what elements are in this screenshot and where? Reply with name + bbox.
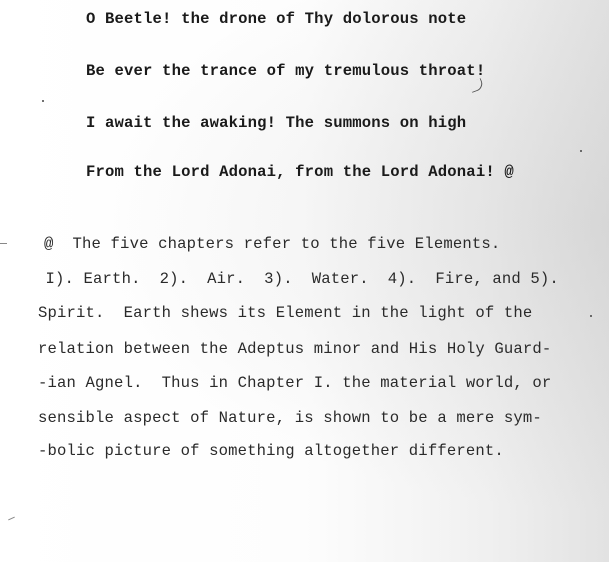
speck — [42, 100, 44, 102]
footnote-line-3: Spirit. Earth shews its Element in the l… — [38, 304, 532, 322]
footnote-line-5: -ian Agnel. Thus in Chapter I. the mater… — [38, 374, 551, 392]
footnote-line-6: sensible aspect of Nature, is shown to b… — [38, 409, 542, 427]
footnote-line-7: -bolic picture of something altogether d… — [38, 442, 504, 460]
footnote-line-4: relation between the Adeptus minor and H… — [38, 340, 551, 358]
verse-line-1: O Beetle! the drone of Thy dolorous note — [86, 10, 466, 28]
verse-line-3: I await the awaking! The summons on high — [86, 114, 466, 132]
verse-line-2: Be ever the trance of my tremulous throa… — [86, 62, 485, 80]
pencil-checkmark — [469, 78, 485, 93]
footnote-line-2: I). Earth. 2). Air. 3). Water. 4). Fire,… — [36, 270, 559, 288]
margin-mark — [8, 517, 15, 521]
footnote-line-1: @ The five chapters refer to the five El… — [44, 235, 500, 253]
verse-line-4: From the Lord Adonai, from the Lord Adon… — [86, 163, 514, 181]
margin-mark — [0, 243, 7, 244]
speck — [580, 150, 582, 152]
speck — [590, 315, 592, 317]
